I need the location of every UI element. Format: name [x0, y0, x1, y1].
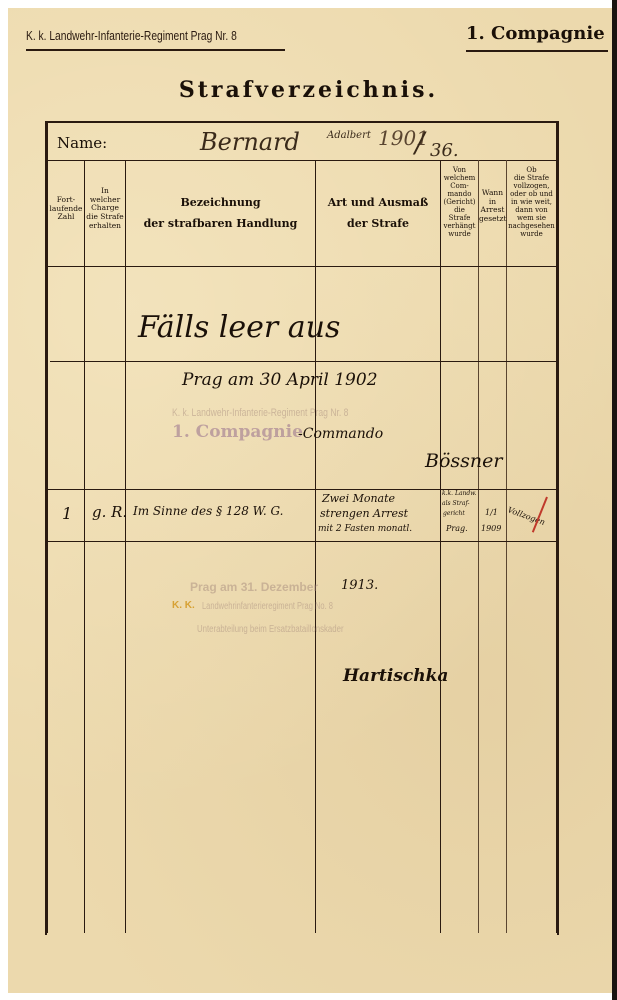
- regiment-underline: [26, 49, 285, 51]
- entry-penalty-line1: Zwei Monate: [322, 492, 395, 505]
- col-divider-6: [506, 160, 507, 933]
- row-line-2: [45, 489, 559, 490]
- closing-stamp-department: Unterabteilung beim Ersatzbataillonskade…: [197, 624, 344, 635]
- certification-place-date: Prag am 30 April 1902: [182, 370, 378, 390]
- header-bottom-line: [45, 266, 559, 267]
- company-underline: [466, 50, 608, 52]
- entry-court-line3: gericht: [443, 510, 465, 517]
- table-left-inner-line: [47, 121, 48, 933]
- entry-arrest-date-line2: 1909: [481, 524, 501, 533]
- closing-stamp-regiment: Landwehrinfanterieregiment Prag No. 8: [202, 601, 333, 612]
- col-header-number: Fort- laufende Zahl: [48, 196, 84, 222]
- regiment-heading: K. k. Landwehr-Infanterie-Regiment Prag …: [26, 29, 237, 43]
- col-divider-5: [478, 160, 479, 933]
- col-divider-3: [315, 160, 316, 933]
- col-divider-1: [84, 160, 85, 933]
- certification-signature: Bössner: [425, 450, 502, 472]
- row-line-1: [50, 361, 556, 362]
- certification-commando: -Commando: [298, 426, 383, 442]
- entry-offense: Im Sinne des § 128 W. G.: [133, 504, 284, 518]
- closing-signature: Hartischka: [343, 666, 448, 686]
- entry-court-line2: als Straf-: [442, 500, 469, 507]
- closing-stamp-kk: K. K.: [172, 600, 195, 611]
- blank-note-handwritten: Fälls leer aus: [138, 310, 340, 345]
- entry-penalty-line2: strengen Arrest: [320, 507, 408, 520]
- entry-court-line4: Prag.: [446, 524, 468, 533]
- entry-court-line1: k.k. Landw.: [442, 490, 477, 497]
- company-heading: 1. Compagnie: [466, 23, 605, 44]
- row-line-3: [45, 541, 559, 542]
- col-divider-4: [440, 160, 441, 933]
- table-right-inner-line: [556, 121, 557, 933]
- surname-handwritten: Bernard: [200, 128, 300, 156]
- closing-stamp-date: Prag am 31. Dezember: [190, 580, 318, 594]
- scan-edge: [612, 0, 617, 1000]
- entry-penalty-line3: mit 2 Fasten monatl.: [318, 524, 412, 534]
- col-header-commando: Von welchem Com- mando (Gericht) die Str…: [441, 166, 478, 238]
- stamp-company-1902: 1. Compagnie: [172, 422, 303, 442]
- col-header-charge: In welcher Charge die Strafe erhalten: [85, 187, 125, 230]
- entry-arrest-date-line1: 1/1: [485, 508, 498, 517]
- col-header-offense: Bezeichnung der strafbaren Handlung: [126, 193, 315, 235]
- stamp-regiment-1902: K. k. Landwehr-Infanterie-Regiment Prag …: [172, 407, 348, 419]
- given-name-handwritten: Adalbert: [327, 130, 371, 141]
- name-label: Name:: [57, 134, 107, 152]
- col-header-penalty: Art und Ausmaß der Strafe: [316, 193, 440, 235]
- entry-charge: g. R.: [92, 503, 127, 521]
- col-header-executed: Ob die Strafe vollzogen, oder ob und in …: [507, 166, 556, 238]
- slash-mark: /: [415, 126, 424, 159]
- register-number-handwritten: 36.: [430, 140, 459, 161]
- col-divider-2: [125, 160, 126, 933]
- name-row-divider: [45, 160, 559, 161]
- document-title: Strafverzeichnis.: [0, 77, 617, 103]
- closing-year-handwritten: 1913.: [341, 578, 378, 593]
- col-header-arrest-date: Wann in Arrest gesetzt: [479, 189, 506, 224]
- entry-number: 1: [62, 504, 72, 523]
